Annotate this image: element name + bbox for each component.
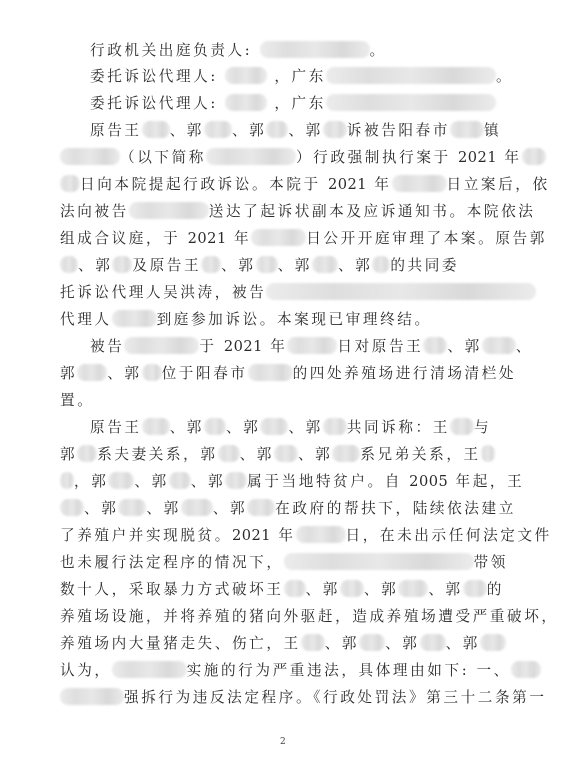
text-segment: 委托诉讼代理人: — [90, 68, 225, 85]
redacted-text — [60, 472, 74, 489]
text-segment: 属于当地特贫户。自 — [247, 473, 409, 490]
number-text: 2021 — [224, 338, 263, 355]
redacted-text — [204, 121, 232, 138]
text-line: 法向被告送达了起诉状副本及应诉通知书。本院依法 — [60, 201, 520, 223]
redacted-text — [420, 634, 446, 651]
redacted-text — [112, 310, 157, 327]
redacted-text — [248, 364, 293, 381]
text-line: 日向本院提起行政诉讼。本院于 2021 年日立案后，依 — [60, 174, 520, 196]
redacted-text — [301, 634, 325, 651]
redacted-text — [124, 337, 199, 354]
text-segment: 日公开开庭审理了本案。原告郭 — [306, 230, 547, 247]
text-segment: 、 — [516, 338, 533, 355]
text-segment: 的共同委 — [390, 257, 459, 274]
text-line: 委托诉讼代理人: ，广东 — [90, 93, 520, 115]
text-line: 行政机关出庭负责人: 。 — [90, 40, 520, 62]
text-segment: 的四处养殖场进行清场清栏处 — [293, 365, 517, 382]
text-segment: 郭 — [60, 365, 77, 382]
redacted-text — [284, 580, 306, 597]
text-segment: 强拆行为违反法定程序。《行政处罚法》第三十二条第一 — [124, 689, 547, 706]
text-segment: 、郭 — [226, 419, 260, 436]
text-segment: 、郭 — [84, 500, 118, 517]
text-line: 、郭、郭、郭在政府的帮扶下，陆续依法建立 — [60, 498, 520, 520]
redacted-text — [340, 580, 364, 597]
text-segment: 托诉讼代理人吴洪涛，被告 — [60, 284, 266, 301]
text-segment: 年 — [271, 527, 295, 544]
redacted-text — [60, 256, 78, 273]
text-segment: 、郭 — [170, 419, 204, 436]
text-segment: 数十人，采取暴力方式破坏王 — [60, 581, 284, 598]
text-segment: 年 — [367, 176, 391, 193]
text-line: 也未履行法定程序的情况下，带领 — [60, 552, 520, 574]
text-segment: 、郭 — [447, 338, 481, 355]
text-line: ，郭、郭、郭属于当地特贫户。自 2005 年起，王 — [60, 471, 520, 493]
redacted-text — [206, 148, 296, 165]
text-segment: 、郭 — [221, 257, 255, 274]
redacted-text — [284, 553, 474, 570]
redacted-text — [169, 472, 191, 489]
text-line: 被告于 2021 年日对原告王、郭、 — [90, 336, 520, 358]
number-text: 2021 — [328, 176, 367, 193]
text-segment: 组成合议庭，于 — [60, 230, 188, 247]
text-segment: 代理人 — [60, 311, 112, 328]
text-segment: 、郭 — [240, 446, 274, 463]
redacted-text — [112, 661, 187, 678]
redacted-text — [108, 472, 134, 489]
text-segment: 、郭 — [170, 122, 204, 139]
redacted-text — [482, 337, 516, 354]
text-segment: 、郭 — [213, 500, 247, 517]
redacted-text — [112, 256, 132, 273]
redacted-text — [332, 445, 360, 462]
text-segment: 日立案后，依 — [447, 176, 550, 193]
text-line: 郭系夫妻关系，郭、郭、郭系兄弟关系，王 — [60, 444, 520, 466]
text-segment: 行政机关出庭负责人: — [90, 42, 260, 59]
text-segment: 。 — [370, 42, 387, 59]
text-line: 代理人到庭参加诉讼。本案现已审理终结。 — [60, 309, 520, 331]
text-segment: 年 — [263, 338, 287, 355]
text-segment: 置。 — [60, 392, 94, 409]
text-segment: 年 — [227, 230, 251, 247]
redacted-text — [118, 499, 146, 516]
text-segment: 在政府的帮扶下，陆续依法建立 — [275, 500, 516, 517]
text-segment: 系兄弟关系，王 — [360, 446, 480, 463]
text-segment: 、郭 — [446, 635, 480, 652]
text-segment: 日对原告王 — [337, 338, 423, 355]
text-segment: ，广东 — [267, 68, 326, 85]
text-segment: 年 — [497, 149, 521, 166]
redacted-text — [218, 445, 240, 462]
redacted-text — [201, 256, 221, 273]
text-segment: 镇 — [484, 122, 501, 139]
text-line: 郭、郭位于阳春市的四处养殖场进行清场清栏处 — [60, 363, 520, 385]
redacted-text — [511, 661, 541, 678]
text-segment: 送达了起诉状副本及应诉通知书。本院依法 — [209, 203, 536, 220]
redacted-text — [372, 256, 390, 273]
redacted-text — [142, 121, 170, 138]
text-segment: 及原告王 — [132, 257, 201, 274]
text-segment: 的 — [487, 581, 504, 598]
text-segment: 养殖场设施，并将养殖的猪向外驱赶，造成养殖场遭受严重破坏， — [60, 608, 559, 625]
text-line: （以下简称）行政强制执行案于 2021 年 — [60, 147, 520, 169]
text-segment: 、郭 — [78, 257, 112, 274]
text-segment: 。 — [496, 68, 513, 85]
text-segment: 、郭 — [232, 122, 266, 139]
redacted-text — [326, 94, 496, 111]
text-segment: 委托诉讼代理人: — [90, 95, 225, 112]
redacted-text — [287, 337, 337, 354]
redacted-text — [326, 67, 496, 84]
text-line: 置。 — [60, 390, 520, 412]
text-line: 原告王、郭、郭、郭共同诉称：王与 — [90, 417, 520, 439]
page-number: 2 — [280, 737, 286, 747]
redacted-text — [204, 418, 226, 435]
text-segment: 郭 — [60, 446, 77, 463]
text-line: 、郭及原告王、郭、郭、郭的共同委 — [60, 255, 520, 277]
text-line: 原告王、郭、郭、郭诉被告阳春市镇 — [90, 120, 520, 142]
text-segment: 被告 — [90, 338, 124, 355]
text-segment: 于 — [199, 338, 223, 355]
text-segment: 了养殖户并实现脱贫。 — [60, 527, 232, 544]
redacted-text — [392, 175, 447, 192]
redacted-text — [77, 445, 97, 462]
redacted-text — [225, 472, 247, 489]
redacted-text — [60, 499, 84, 516]
text-segment: 认为， — [60, 662, 112, 679]
redacted-text — [247, 499, 275, 516]
redacted-text — [225, 67, 267, 84]
text-segment: 、郭 — [338, 257, 372, 274]
redacted-text — [60, 688, 124, 705]
document-page: 行政机关出庭负责人: 。委托诉讼代理人: ，广东。委托诉讼代理人: ，广东原告王… — [0, 0, 569, 782]
text-line: 了养殖户并实现脱贫。2021 年日，在未出示任何法定文件 — [60, 525, 520, 547]
text-line: 委托诉讼代理人: ，广东。 — [90, 66, 520, 88]
text-segment: 、郭 — [107, 365, 141, 382]
redacted-text — [256, 256, 278, 273]
redacted-text — [129, 202, 209, 219]
redacted-text — [260, 41, 370, 58]
text-segment: 日，在未出示任何法定文件 — [346, 527, 552, 544]
text-segment: 、郭 — [325, 635, 359, 652]
redacted-text — [450, 418, 474, 435]
redacted-text — [359, 634, 385, 651]
text-segment: 、郭 — [278, 257, 312, 274]
text-segment: 年起，王 — [448, 473, 524, 490]
text-line: 养殖场内大量猪走失、伤亡，王、郭、郭、郭 — [60, 633, 520, 655]
redacted-text — [323, 418, 347, 435]
text-segment: 系夫妻关系，郭 — [97, 446, 217, 463]
text-line: 强拆行为违反法定程序。《行政处罚法》第三十二条第一 — [60, 687, 520, 709]
number-text: 2021 — [458, 149, 497, 166]
redacted-text — [450, 121, 484, 138]
text-line: 数十人，采取暴力方式破坏王、郭、郭、郭的 — [60, 579, 520, 601]
text-line: 养殖场设施，并将养殖的猪向外驱赶，造成养殖场遭受严重破坏， — [60, 606, 520, 628]
redacted-text — [60, 148, 120, 165]
text-segment: 与 — [474, 419, 491, 436]
text-segment: 、郭 — [385, 635, 419, 652]
redacted-text — [260, 418, 288, 435]
redacted-text — [266, 283, 536, 300]
text-segment: 、郭 — [306, 581, 340, 598]
redacted-text — [274, 445, 298, 462]
text-segment: 法向被告 — [60, 203, 129, 220]
text-segment: 原告王 — [90, 122, 142, 139]
text-segment: 、郭 — [146, 500, 180, 517]
text-segment: 实施的行为严重违法，具体理由如下: 一、 — [187, 662, 511, 679]
text-segment: 也未履行法定程序的情况下， — [60, 554, 284, 571]
text-segment: ）行政强制执行案于 — [296, 149, 458, 166]
redacted-text — [251, 229, 306, 246]
text-segment: 、郭 — [134, 473, 168, 490]
number-text: 2005 — [409, 473, 448, 490]
redacted-text — [296, 526, 346, 543]
text-segment: 、郭 — [364, 581, 398, 598]
redacted-text — [142, 418, 170, 435]
text-segment: （以下简称 — [120, 149, 206, 166]
text-line: 托诉讼代理人吴洪涛，被告 — [60, 282, 520, 304]
text-segment: ，郭 — [74, 473, 108, 490]
redacted-text — [142, 364, 162, 381]
number-text: 2021 — [232, 527, 271, 544]
redacted-text — [398, 580, 428, 597]
redacted-text — [323, 121, 347, 138]
text-segment: 原告王 — [90, 419, 142, 436]
text-segment: 、郭 — [288, 122, 322, 139]
text-segment: 养殖场内大量猪走失、伤亡，王 — [60, 635, 301, 652]
redacted-text — [423, 337, 447, 354]
text-segment: 共同诉称：王 — [347, 419, 450, 436]
text-segment: 诉被告阳春市 — [347, 122, 450, 139]
redacted-text — [480, 634, 506, 651]
text-segment: 、郭 — [428, 581, 462, 598]
redacted-text — [481, 445, 495, 462]
text-segment: 、郭 — [288, 419, 322, 436]
text-segment: 、郭 — [298, 446, 332, 463]
text-segment: ，广东 — [267, 95, 326, 112]
redacted-text — [225, 94, 267, 111]
text-line: 组成合议庭，于 2021 年日公开开庭审理了本案。原告郭 — [60, 228, 520, 250]
text-line: 认为，实施的行为严重违法，具体理由如下: 一、 — [60, 660, 520, 682]
redacted-text — [522, 148, 546, 165]
text-segment: 到庭参加诉讼。本案现已审理终结。 — [157, 311, 432, 328]
text-segment: 位于阳春市 — [162, 365, 248, 382]
redacted-text — [60, 175, 80, 192]
text-segment: 带领 — [474, 554, 508, 571]
redacted-text — [463, 580, 487, 597]
redacted-text — [266, 121, 288, 138]
text-segment: 、郭 — [191, 473, 225, 490]
redacted-text — [77, 364, 107, 381]
redacted-text — [312, 256, 338, 273]
redacted-text — [181, 499, 213, 516]
text-segment: 日向本院提起行政诉讼。本院于 — [80, 176, 328, 193]
number-text: 2021 — [188, 230, 227, 247]
